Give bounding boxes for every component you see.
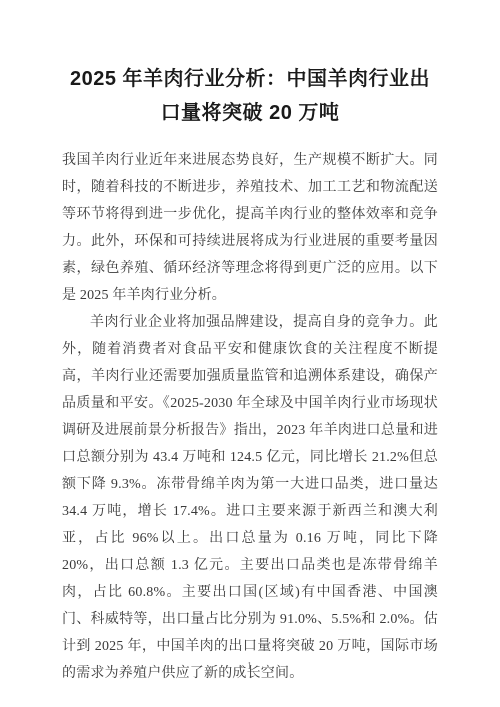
paragraph-intro: 我国羊肉行业近年来进展态势良好，生产规模不断扩大。同时，随着科技的不断进步，养殖… <box>62 147 438 309</box>
page-footer: - 1 - <box>0 656 500 674</box>
document-page: 2025 年羊肉行业分析：中国羊肉行业出口量将突破 20 万吨 我国羊肉行业近年… <box>0 0 500 707</box>
page-number: - 1 - <box>239 661 261 672</box>
document-title: 2025 年羊肉行业分析：中国羊肉行业出口量将突破 20 万吨 <box>62 62 438 130</box>
paragraph-analysis: 羊肉行业企业将加强品牌建设，提高自身的竞争力。此外，随着消费者对食品平安和健康饮… <box>62 309 438 687</box>
document-body: 我国羊肉行业近年来进展态势良好，生产规模不断扩大。同时，随着科技的不断进步，养殖… <box>62 147 438 687</box>
